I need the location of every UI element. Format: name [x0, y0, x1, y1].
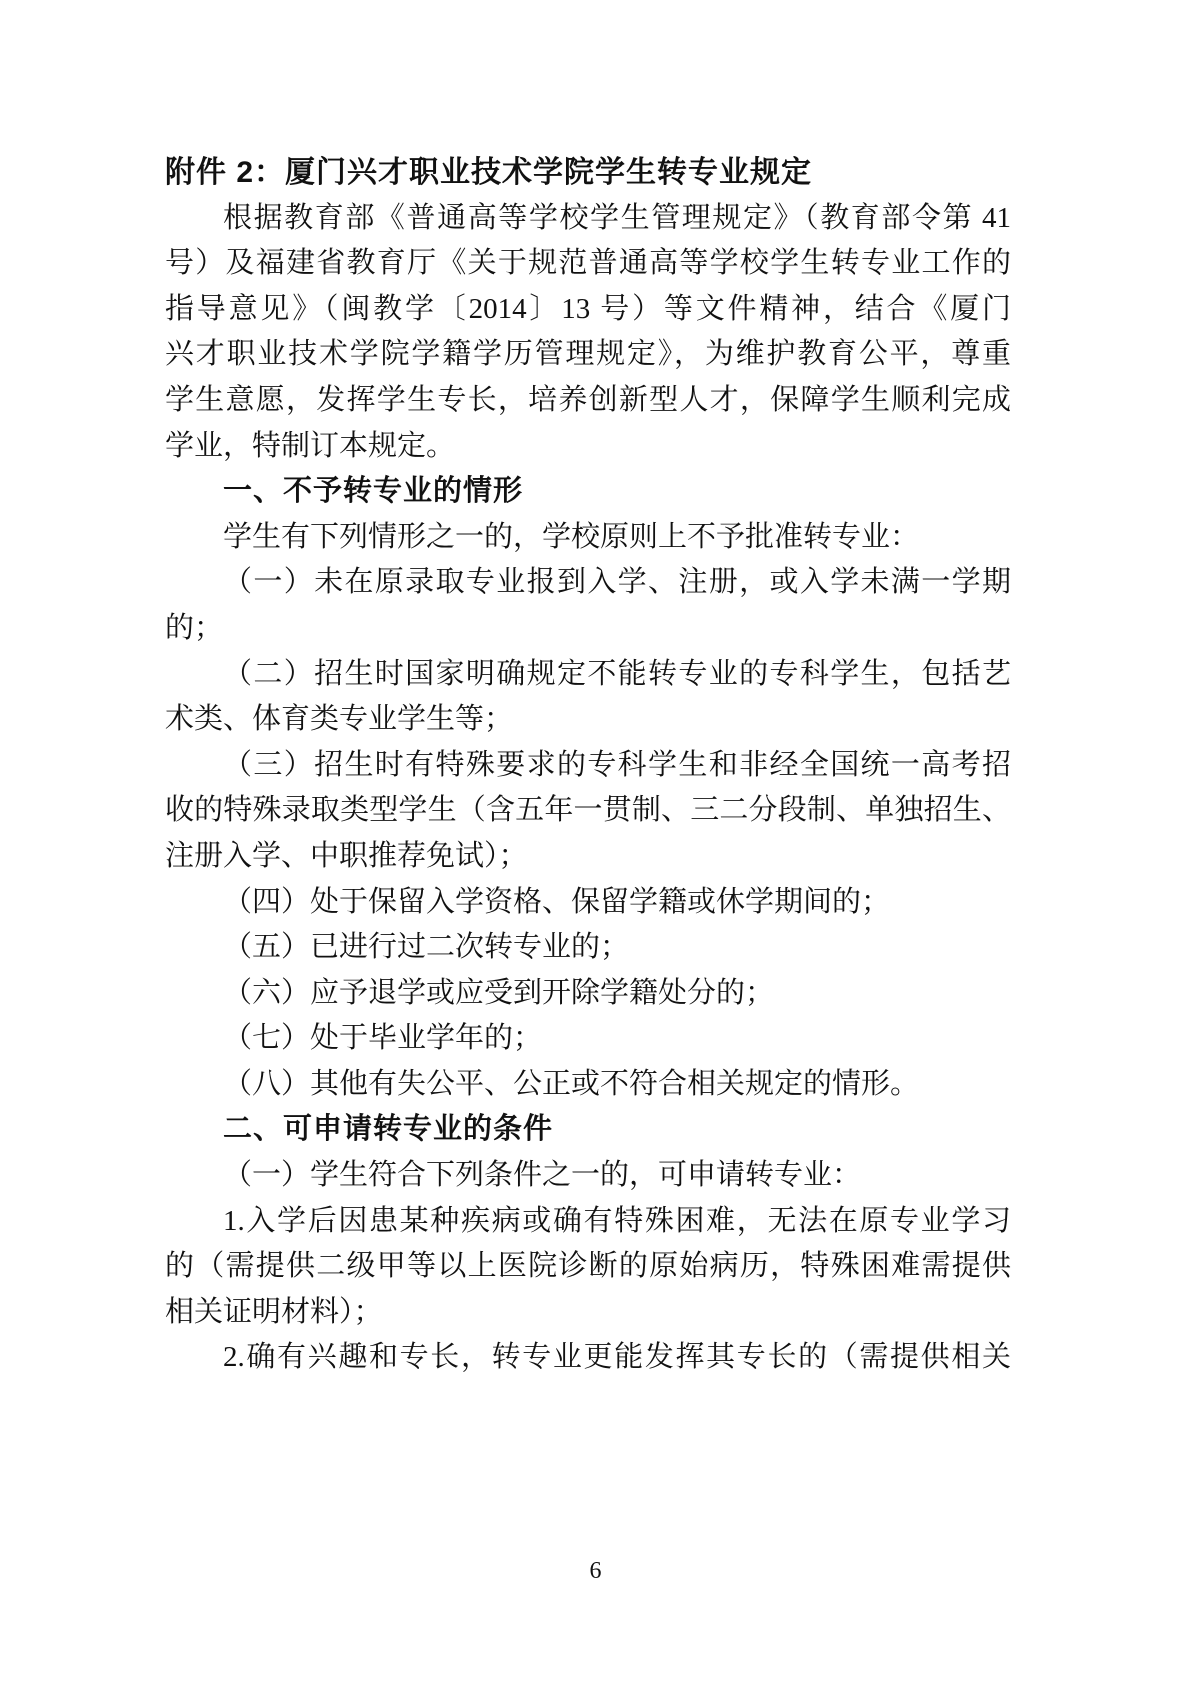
document-content: 附件 2：厦门兴才职业技术学院学生转专业规定 根据教育部《普通高等学校学生管理规…	[165, 150, 1011, 1381]
paragraph: （二）招生时国家明确规定不能转专业的专科学生，包括艺术类、体育类专业学生等；	[165, 652, 1011, 743]
section-heading: 二、可申请转专业的条件	[165, 1107, 1011, 1153]
paragraph: 2.确有兴趣和专长，转专业更能发挥其专长的（需提供相关	[165, 1335, 1011, 1381]
text-line: 注册入学、中职推荐免试）；	[165, 834, 1011, 880]
text-line: 收的特殊录取类型学生（含五年一贯制、三二分段制、单独招生、	[165, 788, 1011, 834]
text-line: 兴才职业技术学院学籍学历管理规定》，为维护教育公平，尊重	[165, 332, 1011, 378]
page-number: 6	[0, 1558, 1191, 1585]
document-body: 根据教育部《普通高等学校学生管理规定》（教育部令第 41号）及福建省教育厅《关于…	[165, 196, 1011, 1381]
paragraph: （四）处于保留入学资格、保留学籍或休学期间的；	[165, 880, 1011, 926]
paragraph: （三）招生时有特殊要求的专科学生和非经全国统一高考招收的特殊录取类型学生（含五年…	[165, 743, 1011, 880]
text-line: （二）招生时国家明确规定不能转专业的专科学生，包括艺	[165, 652, 1011, 698]
text-line: （七）处于毕业学年的；	[165, 1016, 1011, 1062]
text-line: （八）其他有失公平、公正或不符合相关规定的情形。	[165, 1062, 1011, 1108]
text-line: 术类、体育类专业学生等；	[165, 697, 1011, 743]
text-line: 一、不予转专业的情形	[165, 469, 1011, 515]
text-line: 2.确有兴趣和专长，转专业更能发挥其专长的（需提供相关	[165, 1335, 1011, 1381]
paragraph: （七）处于毕业学年的；	[165, 1016, 1011, 1062]
text-line: （五）已进行过二次转专业的；	[165, 925, 1011, 971]
paragraph: 根据教育部《普通高等学校学生管理规定》（教育部令第 41号）及福建省教育厅《关于…	[165, 196, 1011, 470]
text-line: 号）及福建省教育厅《关于规范普通高等学校学生转专业工作的	[165, 241, 1011, 287]
paragraph: （五）已进行过二次转专业的；	[165, 925, 1011, 971]
text-line: 1.入学后因患某种疾病或确有特殊困难，无法在原专业学习	[165, 1199, 1011, 1245]
text-line: （六）应予退学或应受到开除学籍处分的；	[165, 971, 1011, 1017]
paragraph: （一）学生符合下列条件之一的，可申请转专业：	[165, 1153, 1011, 1199]
text-line: 的（需提供二级甲等以上医院诊断的原始病历，特殊困难需提供	[165, 1244, 1011, 1290]
text-line: 指导意见》（闽教学〔2014〕13 号）等文件精神，结合《厦门	[165, 287, 1011, 333]
text-line: （四）处于保留入学资格、保留学籍或休学期间的；	[165, 880, 1011, 926]
document-page: 附件 2：厦门兴才职业技术学院学生转专业规定 根据教育部《普通高等学校学生管理规…	[0, 0, 1191, 1684]
document-title: 附件 2：厦门兴才职业技术学院学生转专业规定	[165, 150, 1011, 196]
text-line: 相关证明材料）；	[165, 1290, 1011, 1336]
paragraph: 学生有下列情形之一的，学校原则上不予批准转专业：	[165, 515, 1011, 561]
text-line: 的；	[165, 606, 1011, 652]
text-line: （一）未在原录取专业报到入学、注册，或入学未满一学期	[165, 560, 1011, 606]
paragraph: （六）应予退学或应受到开除学籍处分的；	[165, 971, 1011, 1017]
text-line: 学生意愿，发挥学生专长，培养创新型人才，保障学生顺利完成	[165, 378, 1011, 424]
paragraph: （八）其他有失公平、公正或不符合相关规定的情形。	[165, 1062, 1011, 1108]
text-line: （三）招生时有特殊要求的专科学生和非经全国统一高考招	[165, 743, 1011, 789]
text-line: 二、可申请转专业的条件	[165, 1107, 1011, 1153]
paragraph: （一）未在原录取专业报到入学、注册，或入学未满一学期的；	[165, 560, 1011, 651]
text-line: 学业，特制订本规定。	[165, 424, 1011, 470]
text-line: （一）学生符合下列条件之一的，可申请转专业：	[165, 1153, 1011, 1199]
section-heading: 一、不予转专业的情形	[165, 469, 1011, 515]
paragraph: 1.入学后因患某种疾病或确有特殊困难，无法在原专业学习的（需提供二级甲等以上医院…	[165, 1199, 1011, 1336]
text-line: 根据教育部《普通高等学校学生管理规定》（教育部令第 41	[165, 196, 1011, 242]
text-line: 学生有下列情形之一的，学校原则上不予批准转专业：	[165, 515, 1011, 561]
